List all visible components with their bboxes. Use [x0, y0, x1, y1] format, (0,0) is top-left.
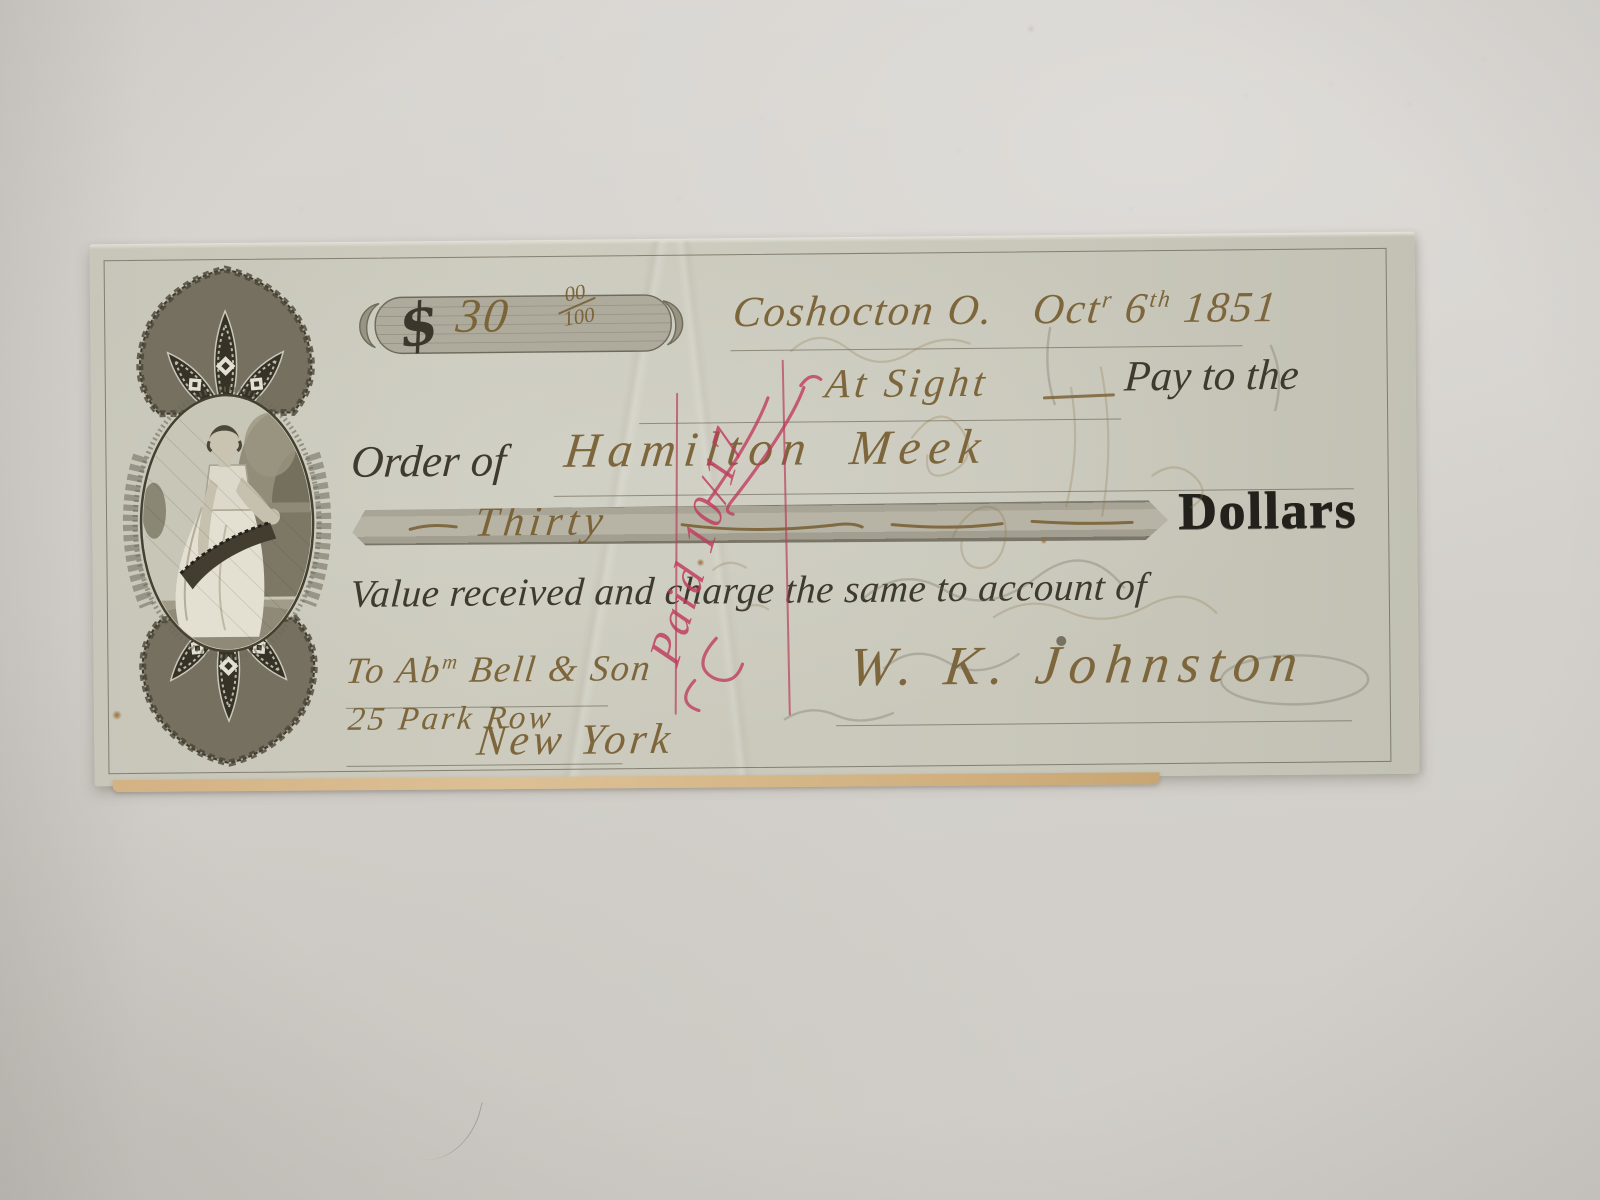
wall-speckles [0, 0, 2, 2]
rust-spot [112, 710, 122, 720]
ghost-ink-and-pencil-marks [89, 234, 1419, 787]
stray-fiber [412, 1089, 482, 1170]
rust-spot [1040, 537, 1047, 544]
rust-spot [696, 558, 704, 566]
bank-check: $ 30 00 100 Coshocton O. Octr 6th 1851 A… [89, 234, 1419, 787]
